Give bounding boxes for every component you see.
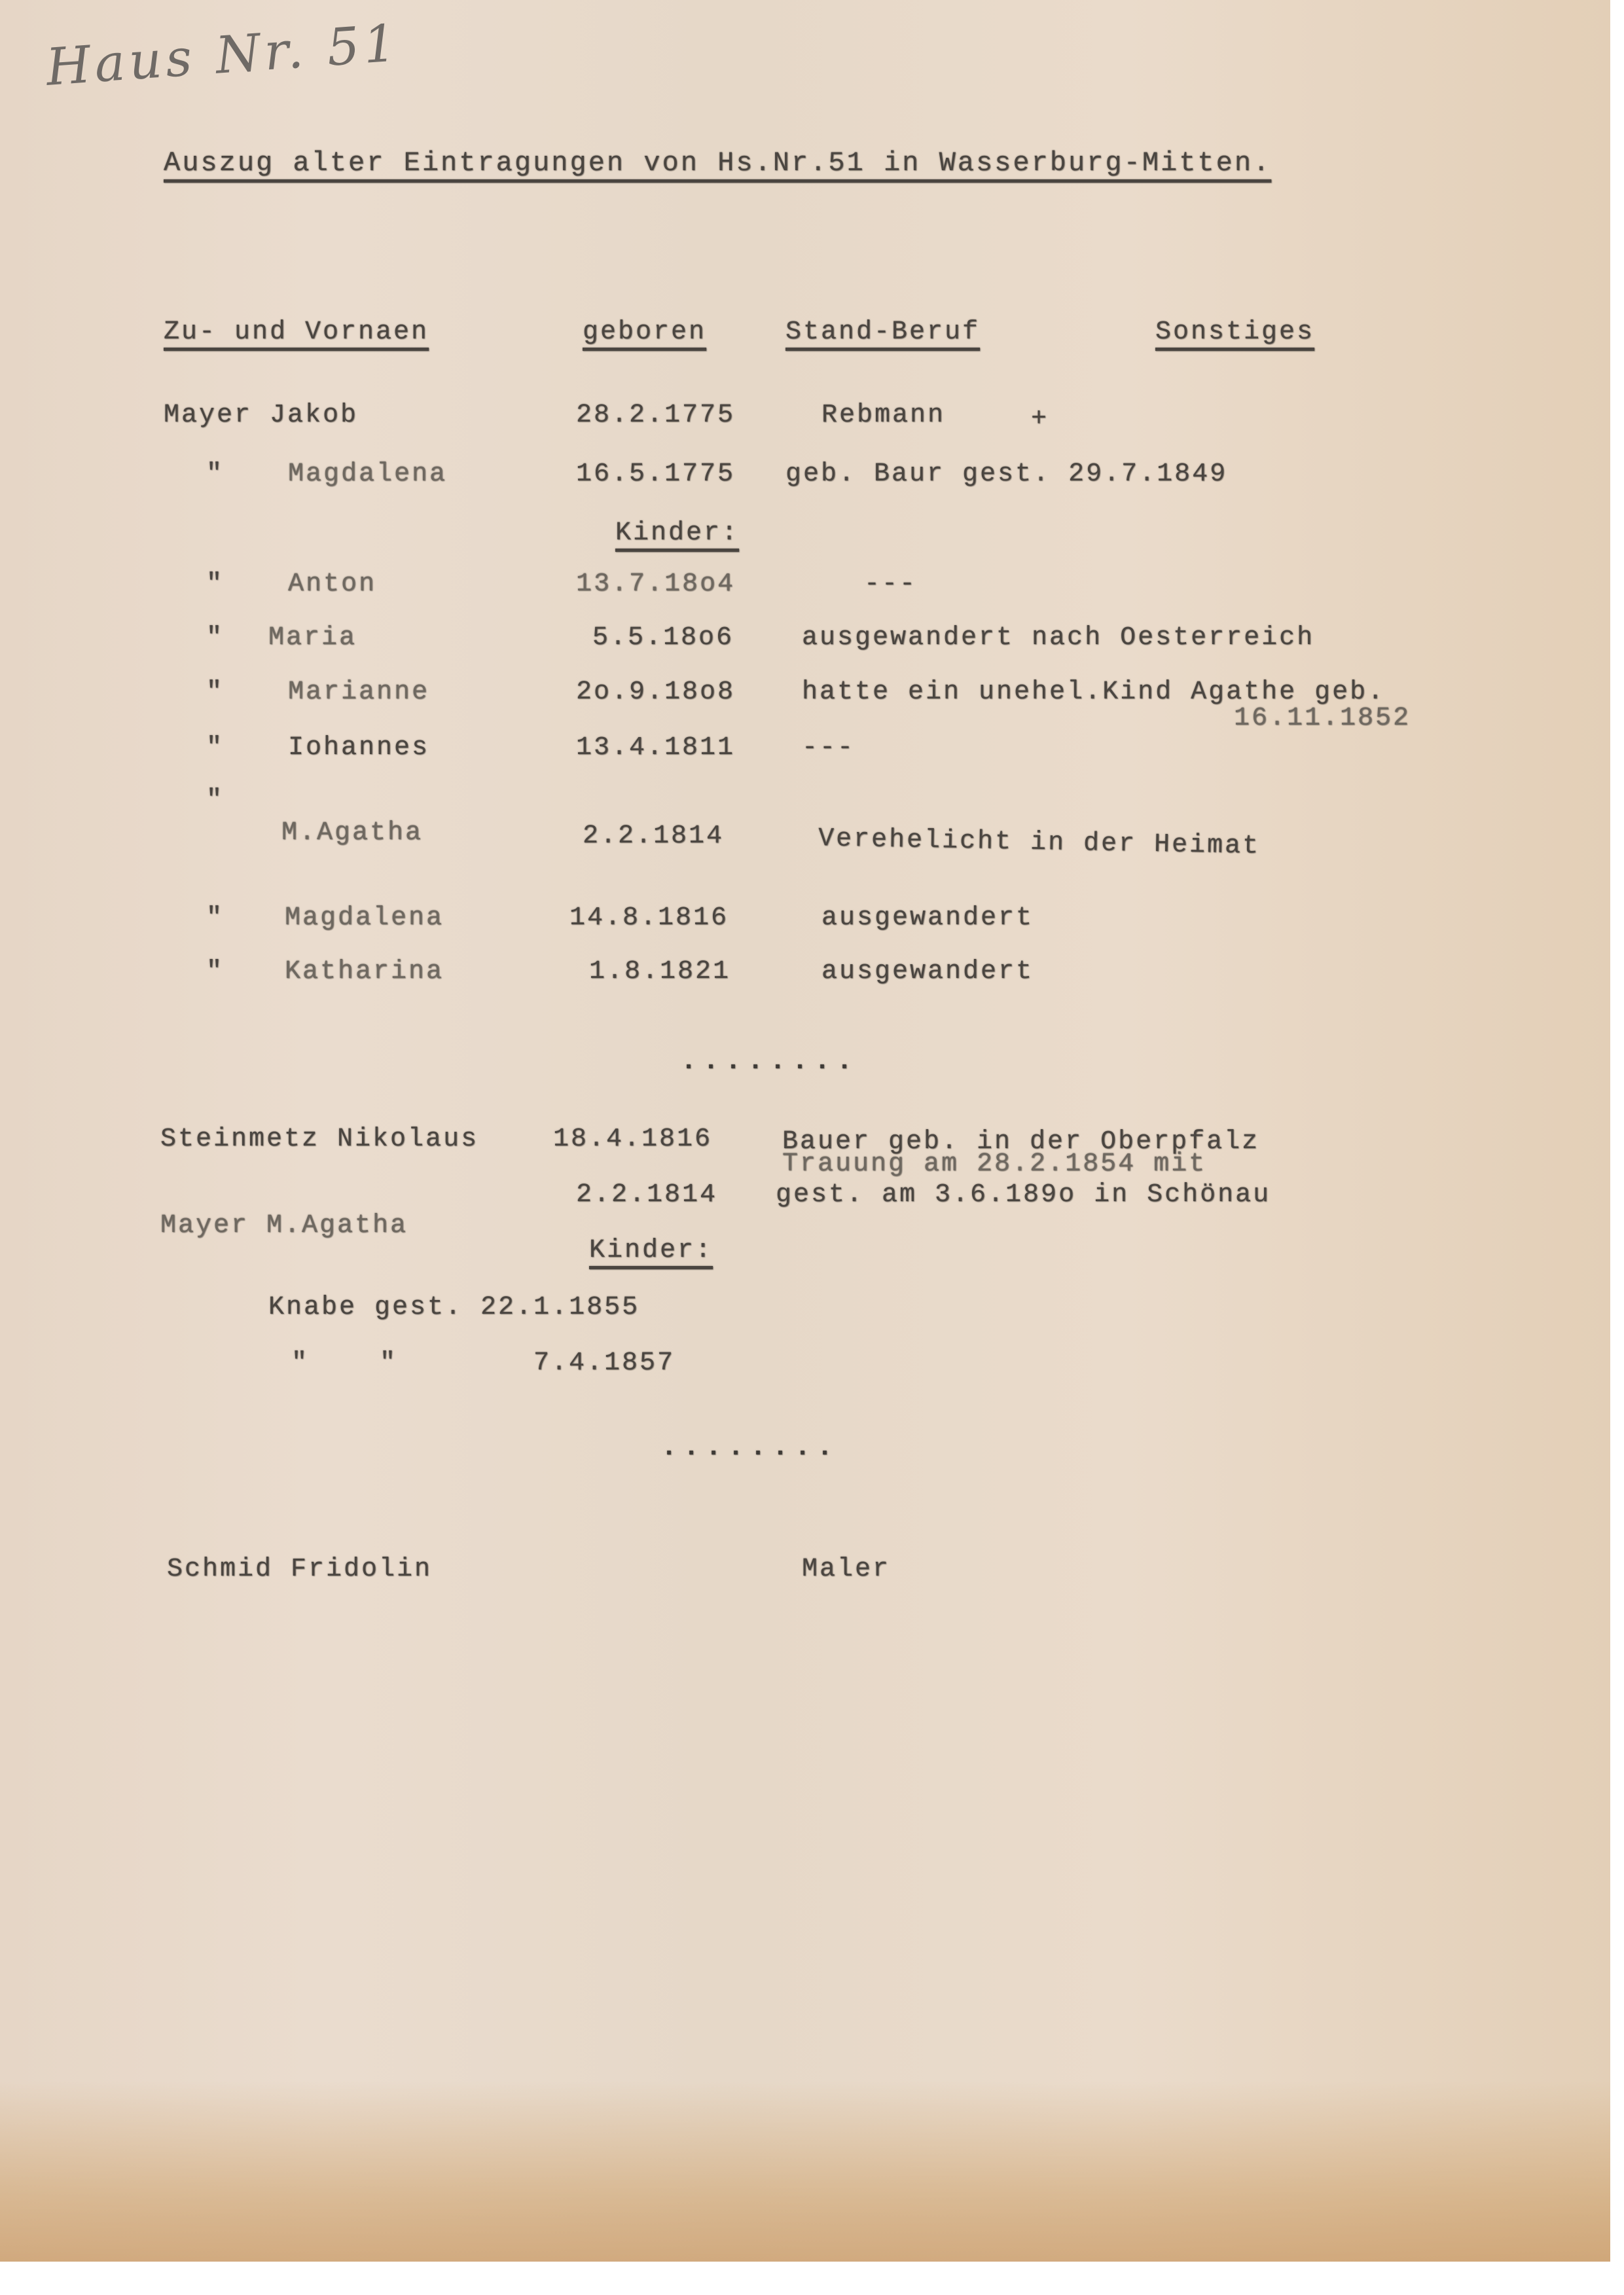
children-label: Kinder: xyxy=(615,518,739,548)
child-name: Magdalena xyxy=(285,903,444,933)
child-note: --- xyxy=(802,733,855,763)
handwritten-house-number: Haus Nr. 51 xyxy=(45,14,402,98)
child-born: 13.4.1811 xyxy=(576,733,735,763)
section-separator: ........ xyxy=(661,1434,839,1463)
child-note: --- xyxy=(864,569,917,599)
child-name: Anton xyxy=(288,569,376,599)
ditto-mark: " xyxy=(206,569,224,599)
child-note: Verehelicht in der Heimat xyxy=(818,824,1261,861)
person-name: Schmid Fridolin xyxy=(167,1555,432,1584)
child-note-continuation: 16.11.1852 xyxy=(1234,704,1411,733)
column-header-name: Zu- und Vornaen xyxy=(164,317,429,347)
ditto-mark: " xyxy=(206,460,224,489)
mother-born: 16.5.1775 xyxy=(576,460,735,489)
child-note: ausgewandert nach Oesterreich xyxy=(802,623,1314,653)
child-name: M.Agatha xyxy=(281,818,423,848)
child-entry: Knabe gest. 22.1.1855 xyxy=(268,1293,640,1322)
ditto-mark: " xyxy=(206,733,224,763)
child-born: 2o.9.18o8 xyxy=(576,678,735,707)
ditto-mark: " xyxy=(206,903,224,933)
child-born: 13.7.18o4 xyxy=(576,569,735,599)
ditto-mark: " xyxy=(206,623,224,653)
child-born: 14.8.1816 xyxy=(569,903,729,933)
ditto-mark: " xyxy=(206,957,224,986)
husband-born: 18.4.1816 xyxy=(553,1125,712,1154)
document-page: Haus Nr. 51 Auszug alter Eintragungen vo… xyxy=(0,0,1610,2262)
ditto-mark: " xyxy=(380,1348,397,1378)
column-header-occupation: Stand-Beruf xyxy=(785,317,980,347)
husband-name: Steinmetz Nikolaus xyxy=(160,1125,478,1154)
ditto-mark: " xyxy=(291,1348,309,1378)
child-note: ausgewandert xyxy=(821,903,1034,933)
person-occupation: Maler xyxy=(802,1555,890,1584)
child-note: hatte ein unehel.Kind Agathe geb. xyxy=(802,678,1385,707)
children-label: Kinder: xyxy=(589,1236,713,1265)
father-born: 28.2.1775 xyxy=(576,401,735,430)
child-note: ausgewandert xyxy=(821,957,1034,986)
column-header-other: Sonstiges xyxy=(1155,317,1314,347)
wife-born: 2.2.1814 xyxy=(576,1180,717,1210)
column-header-born: geboren xyxy=(583,317,706,347)
child-name: Katharina xyxy=(285,957,444,986)
section-separator: ........ xyxy=(681,1047,859,1077)
father-occupation: Rebmann xyxy=(821,401,945,430)
husband-note-3: gest. am 3.6.189o in Schönau xyxy=(776,1180,1271,1210)
ditto-mark: " xyxy=(206,786,224,815)
father-name: Mayer Jakob xyxy=(164,401,358,430)
ditto-mark: " xyxy=(206,678,224,707)
document-title: Auszug alter Eintragungen von Hs.Nr.51 i… xyxy=(164,147,1271,179)
mother-note: geb. Baur gest. 29.7.1849 xyxy=(785,460,1227,489)
child-born: 5.5.18o6 xyxy=(592,623,734,653)
mother-name: Magdalena xyxy=(288,460,447,489)
husband-note-2: Trauung am 28.2.1854 mit xyxy=(782,1149,1206,1179)
child-name: Maria xyxy=(268,623,357,653)
wife-name: Mayer M.Agatha xyxy=(160,1211,408,1240)
child-name: Marianne xyxy=(288,678,429,707)
child-born: 1.8.1821 xyxy=(589,957,731,986)
child-death-date: 7.4.1857 xyxy=(533,1348,675,1378)
child-name: Iohannes xyxy=(288,733,429,763)
child-born: 2.2.1814 xyxy=(583,822,724,851)
deceased-cross-mark: + xyxy=(1031,405,1049,434)
